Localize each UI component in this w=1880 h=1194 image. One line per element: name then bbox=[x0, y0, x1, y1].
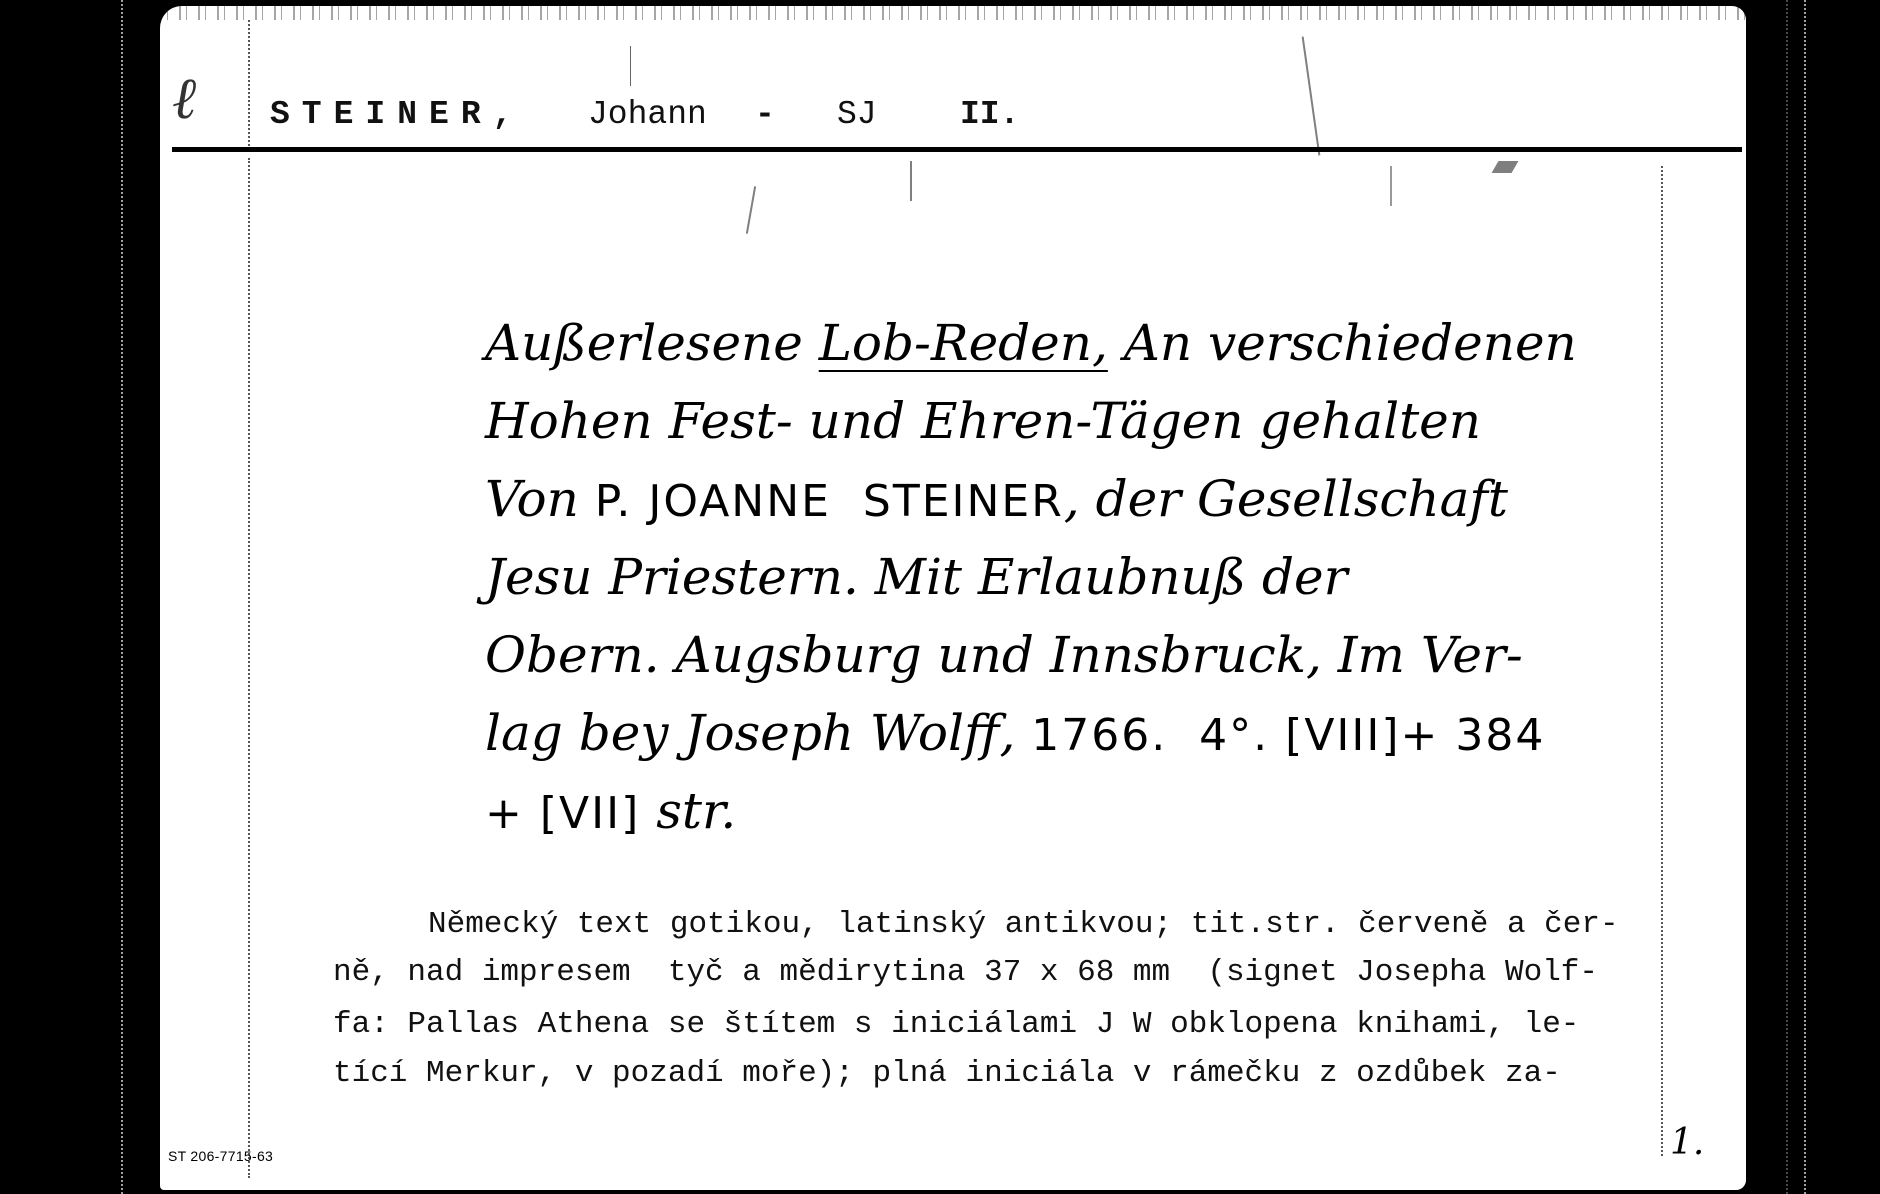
header-order: SJ bbox=[837, 98, 877, 131]
handwritten-fragment: 1766. 4°. [VIII]+ 384 bbox=[1031, 710, 1545, 761]
handwritten-line: Von P. JOANNE STEINER, der Gesellschaft bbox=[485, 460, 1508, 541]
handwritten-line: Obern. Augsburg und Innsbruck, Im Ver- bbox=[485, 616, 1523, 694]
handwritten-fragment: Jesu Priestern. Mit Erlaubnuß der bbox=[485, 548, 1348, 606]
handwritten-fragment: Außerlesene bbox=[485, 314, 819, 372]
header-volume: II. bbox=[960, 98, 1019, 131]
handwritten-fragment: Hohen Fest- und Ehren-Tägen gehalten bbox=[485, 392, 1481, 450]
scan-speck bbox=[630, 46, 631, 86]
typed-description-line: fa: Pallas Athena se štítem s iniciálami… bbox=[333, 1009, 1579, 1040]
margin-guide-left-lower bbox=[248, 158, 250, 1178]
margin-guide-left bbox=[248, 20, 250, 150]
header-given-name: Johann bbox=[588, 98, 707, 131]
handwritten-fragment: An verschiedenen bbox=[1108, 314, 1577, 372]
scan-noise bbox=[160, 6, 1746, 20]
handwritten-line: Außerlesene Lob-Reden, An verschiedenen bbox=[485, 304, 1577, 382]
scan-speck bbox=[746, 186, 756, 234]
handwritten-fragment: lag bey Joseph Wolff, bbox=[485, 704, 1031, 762]
handwritten-fragment: Von bbox=[485, 470, 595, 528]
handwritten-fragment: , der Gesellschaft bbox=[1064, 470, 1508, 528]
header-dash: - bbox=[755, 98, 775, 131]
catalog-card: ℓ STEINER, Johann - SJ II. Außerlesene L… bbox=[160, 6, 1746, 1190]
scan-speck bbox=[910, 161, 912, 201]
page-number: 1. bbox=[1670, 1122, 1704, 1163]
scan-guide-right bbox=[1804, 0, 1806, 1194]
handwritten-line: Jesu Priestern. Mit Erlaubnuß der bbox=[485, 538, 1348, 616]
margin-guide-right bbox=[1661, 166, 1663, 1156]
handwritten-fragment: Obern. Augsburg und Innsbruck, Im Ver- bbox=[485, 626, 1523, 684]
scan-guide-left bbox=[121, 0, 123, 1194]
header-surname: STEINER, bbox=[270, 98, 524, 131]
scan-guide-right-2 bbox=[1786, 0, 1788, 1194]
handwritten-fragment: + [VII] bbox=[485, 788, 656, 839]
handwritten-fragment: Lob-Reden, bbox=[819, 314, 1108, 372]
catalog-number: ST 206-7715-63 bbox=[168, 1148, 273, 1164]
typed-description-line: ně, nad impresem tyč a mědirytina 37 x 6… bbox=[333, 957, 1598, 988]
handwritten-fragment: P. JOANNE STEINER bbox=[595, 476, 1064, 527]
scan-speck bbox=[1302, 36, 1321, 155]
handwritten-initial: ℓ bbox=[172, 64, 196, 132]
handwritten-fragment: str. bbox=[656, 782, 736, 840]
handwritten-line: Hohen Fest- und Ehren-Tägen gehalten bbox=[485, 382, 1481, 460]
header-rule bbox=[172, 147, 1742, 152]
handwritten-line: lag bey Joseph Wolff, 1766. 4°. [VIII]+ … bbox=[485, 694, 1545, 775]
typed-description-line: Německý text gotikou, latinský antikvou;… bbox=[428, 909, 1619, 940]
scan-speck bbox=[1390, 166, 1392, 206]
scan-speck bbox=[1492, 161, 1519, 173]
handwritten-line: + [VII] str. bbox=[485, 772, 736, 853]
typed-description-line: tící Merkur, v pozadí moře); plná iniciá… bbox=[333, 1058, 1561, 1089]
